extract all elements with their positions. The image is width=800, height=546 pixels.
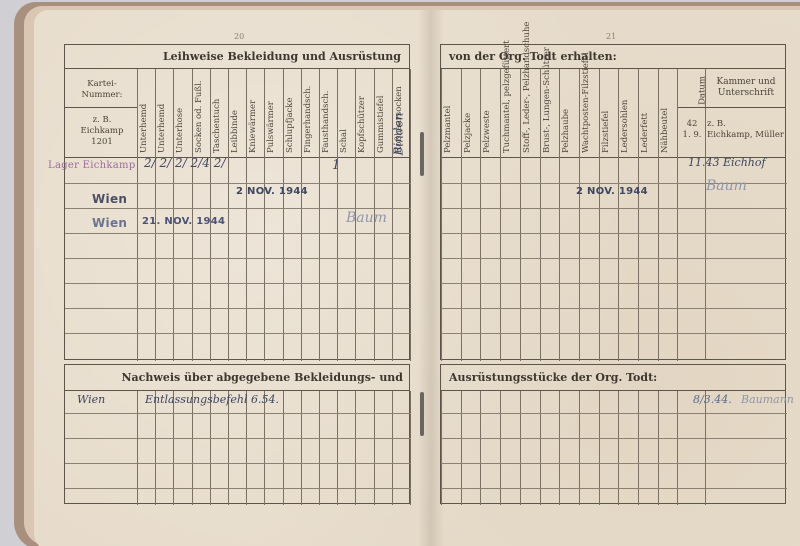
table-title: von der Org. Todt erhalten: [441, 45, 785, 69]
column-header: Pelzmantel [444, 75, 453, 153]
column-header: Leibbinde [231, 75, 240, 153]
grid-line [337, 69, 338, 361]
grid-line [65, 183, 411, 184]
grid-line [192, 69, 193, 361]
date-stamp-1: 2 NOV. 1944 [236, 186, 308, 197]
row-signature: Baumann [741, 393, 794, 406]
row-city: Wien [77, 393, 105, 406]
org-todt-received-table: von der Org. Todt erhalten: PelzmantelPe… [440, 44, 786, 360]
page-number-left: 20 [234, 32, 244, 41]
grid-line [540, 69, 541, 361]
grid-line [599, 69, 600, 361]
column-header: Unterhemd [140, 75, 149, 153]
column-header: Taschentuch [213, 75, 222, 153]
grid-line [658, 69, 659, 361]
handwritten-column: Binden [391, 113, 405, 156]
grid-line [319, 69, 320, 361]
grid-line [65, 283, 411, 284]
page-number-right: 21 [606, 32, 616, 41]
quantity-marks: 2/ 2/ 2/ 2/4 2/ [144, 156, 225, 170]
org-todt-equipment-table: Ausrüstungsstücke der Org. Todt: 8/3.44.… [440, 364, 786, 504]
column-header: Nähbeutel [661, 75, 670, 153]
datum-example: 42 1. 9. [679, 119, 705, 141]
kammer-example: z. B. Eichkamp, Müller [707, 119, 787, 141]
grid-line [301, 69, 302, 361]
grid-line [520, 69, 521, 361]
column-header: Kopfschützer [358, 75, 367, 153]
signature-left: Baum [346, 210, 387, 226]
table-title: Nachweis über abgegebene Bekleidungs- un… [65, 365, 409, 391]
grid-line [618, 69, 619, 361]
grid-line [137, 69, 138, 361]
column-header: Lederfett [641, 75, 650, 153]
column-header: Tuchmantel, pelzgefüttert [503, 75, 512, 153]
grid-line [210, 69, 211, 361]
quantity-mark-schal: 1 [332, 158, 340, 173]
grid-line [441, 333, 787, 334]
kartei-header: Kartei- Nummer: [69, 79, 135, 101]
grid-line [65, 157, 409, 158]
column-header: Gummistiefel [377, 75, 386, 153]
grid-line [65, 463, 411, 464]
grid-line [65, 258, 411, 259]
returned-items-table-left: Nachweis über abgegebene Bekleidungs- un… [64, 364, 410, 504]
grid-line [461, 69, 462, 361]
grid-line [441, 69, 442, 361]
grid-line [677, 107, 785, 108]
column-header: Fausthandsch. [322, 75, 331, 153]
column-header: Socken od. Fußl. [195, 75, 204, 153]
grid-line [65, 488, 411, 489]
row-note: Entlassungsbefehl 6.54. [145, 393, 279, 406]
column-header: Schlupfjacke [286, 75, 295, 153]
column-header: Pelzjacke [464, 75, 473, 153]
grid-line [579, 69, 580, 361]
grid-line [65, 308, 411, 309]
grid-line [441, 208, 787, 209]
grid-line [559, 69, 560, 361]
grid-line [410, 69, 411, 361]
column-header: Pelzweste [483, 75, 492, 153]
grid-line [65, 107, 137, 108]
staple-bottom [420, 392, 424, 436]
grid-line [441, 283, 787, 284]
city-stamp-2: Wien [92, 216, 127, 230]
kammer-header: Kammer und Unterschrift [705, 77, 787, 99]
grid-line [441, 463, 787, 464]
grid-line [65, 413, 411, 414]
grid-line [65, 333, 411, 334]
grid-line [441, 438, 787, 439]
grid-line [65, 208, 411, 209]
table-title: Ausrüstungsstücke der Org. Todt: [441, 365, 785, 391]
column-header: Wachtposten-Filzstiefel [582, 75, 591, 153]
city-stamp-1: Wien [92, 192, 127, 206]
row-date: 8/3.44. [693, 393, 732, 406]
table-title: Leihweise Bekleidung und Ausrüstung [65, 45, 409, 69]
staple-top [420, 132, 424, 176]
column-header: Unterhemd [158, 75, 167, 153]
column-header: Schal [340, 75, 349, 153]
column-header: Pelzhaube [562, 75, 571, 153]
document-spread: 20 21 Leihweise Bekleidung und Ausrüstun… [34, 10, 800, 546]
grid-line [441, 258, 787, 259]
grid-line [441, 308, 787, 309]
column-header: Stoff-, Leder-, Pelzhandschuhe [523, 75, 532, 153]
column-header: Filzstiefel [602, 75, 611, 153]
column-header: Ledersohlen [621, 75, 630, 153]
date-stamp-right: 2 NOV. 1944 [576, 186, 648, 197]
date-stamp-2: 21. NOV. 1944 [142, 216, 225, 227]
received-entry: 11.43 Eichhof [688, 156, 766, 169]
column-header: Fingerhandsch. [304, 75, 313, 153]
column-header: Pulswärmer [267, 75, 276, 153]
camp-stamp: Lager Eichkamp [48, 160, 136, 171]
grid-line [173, 69, 174, 361]
column-header: Kniewärmer [249, 75, 258, 153]
grid-line [65, 233, 411, 234]
grid-line [65, 438, 411, 439]
grid-line [638, 69, 639, 361]
grid-line [441, 413, 787, 414]
kartei-example: z. B. Eichkamp 1201 [69, 115, 135, 148]
grid-line [500, 69, 501, 361]
signature-right: Baum [706, 178, 747, 194]
column-header: Brust-, Lungen-Schützer [543, 75, 552, 153]
grid-line [283, 69, 284, 361]
grid-line [246, 69, 247, 361]
grid-line [677, 69, 678, 361]
grid-line [480, 69, 481, 361]
grid-line [441, 233, 787, 234]
grid-line [228, 69, 229, 361]
grid-line [264, 69, 265, 361]
grid-line [705, 69, 706, 359]
grid-line [441, 488, 787, 489]
column-header: Unterhose [176, 75, 185, 153]
grid-line [155, 69, 156, 361]
